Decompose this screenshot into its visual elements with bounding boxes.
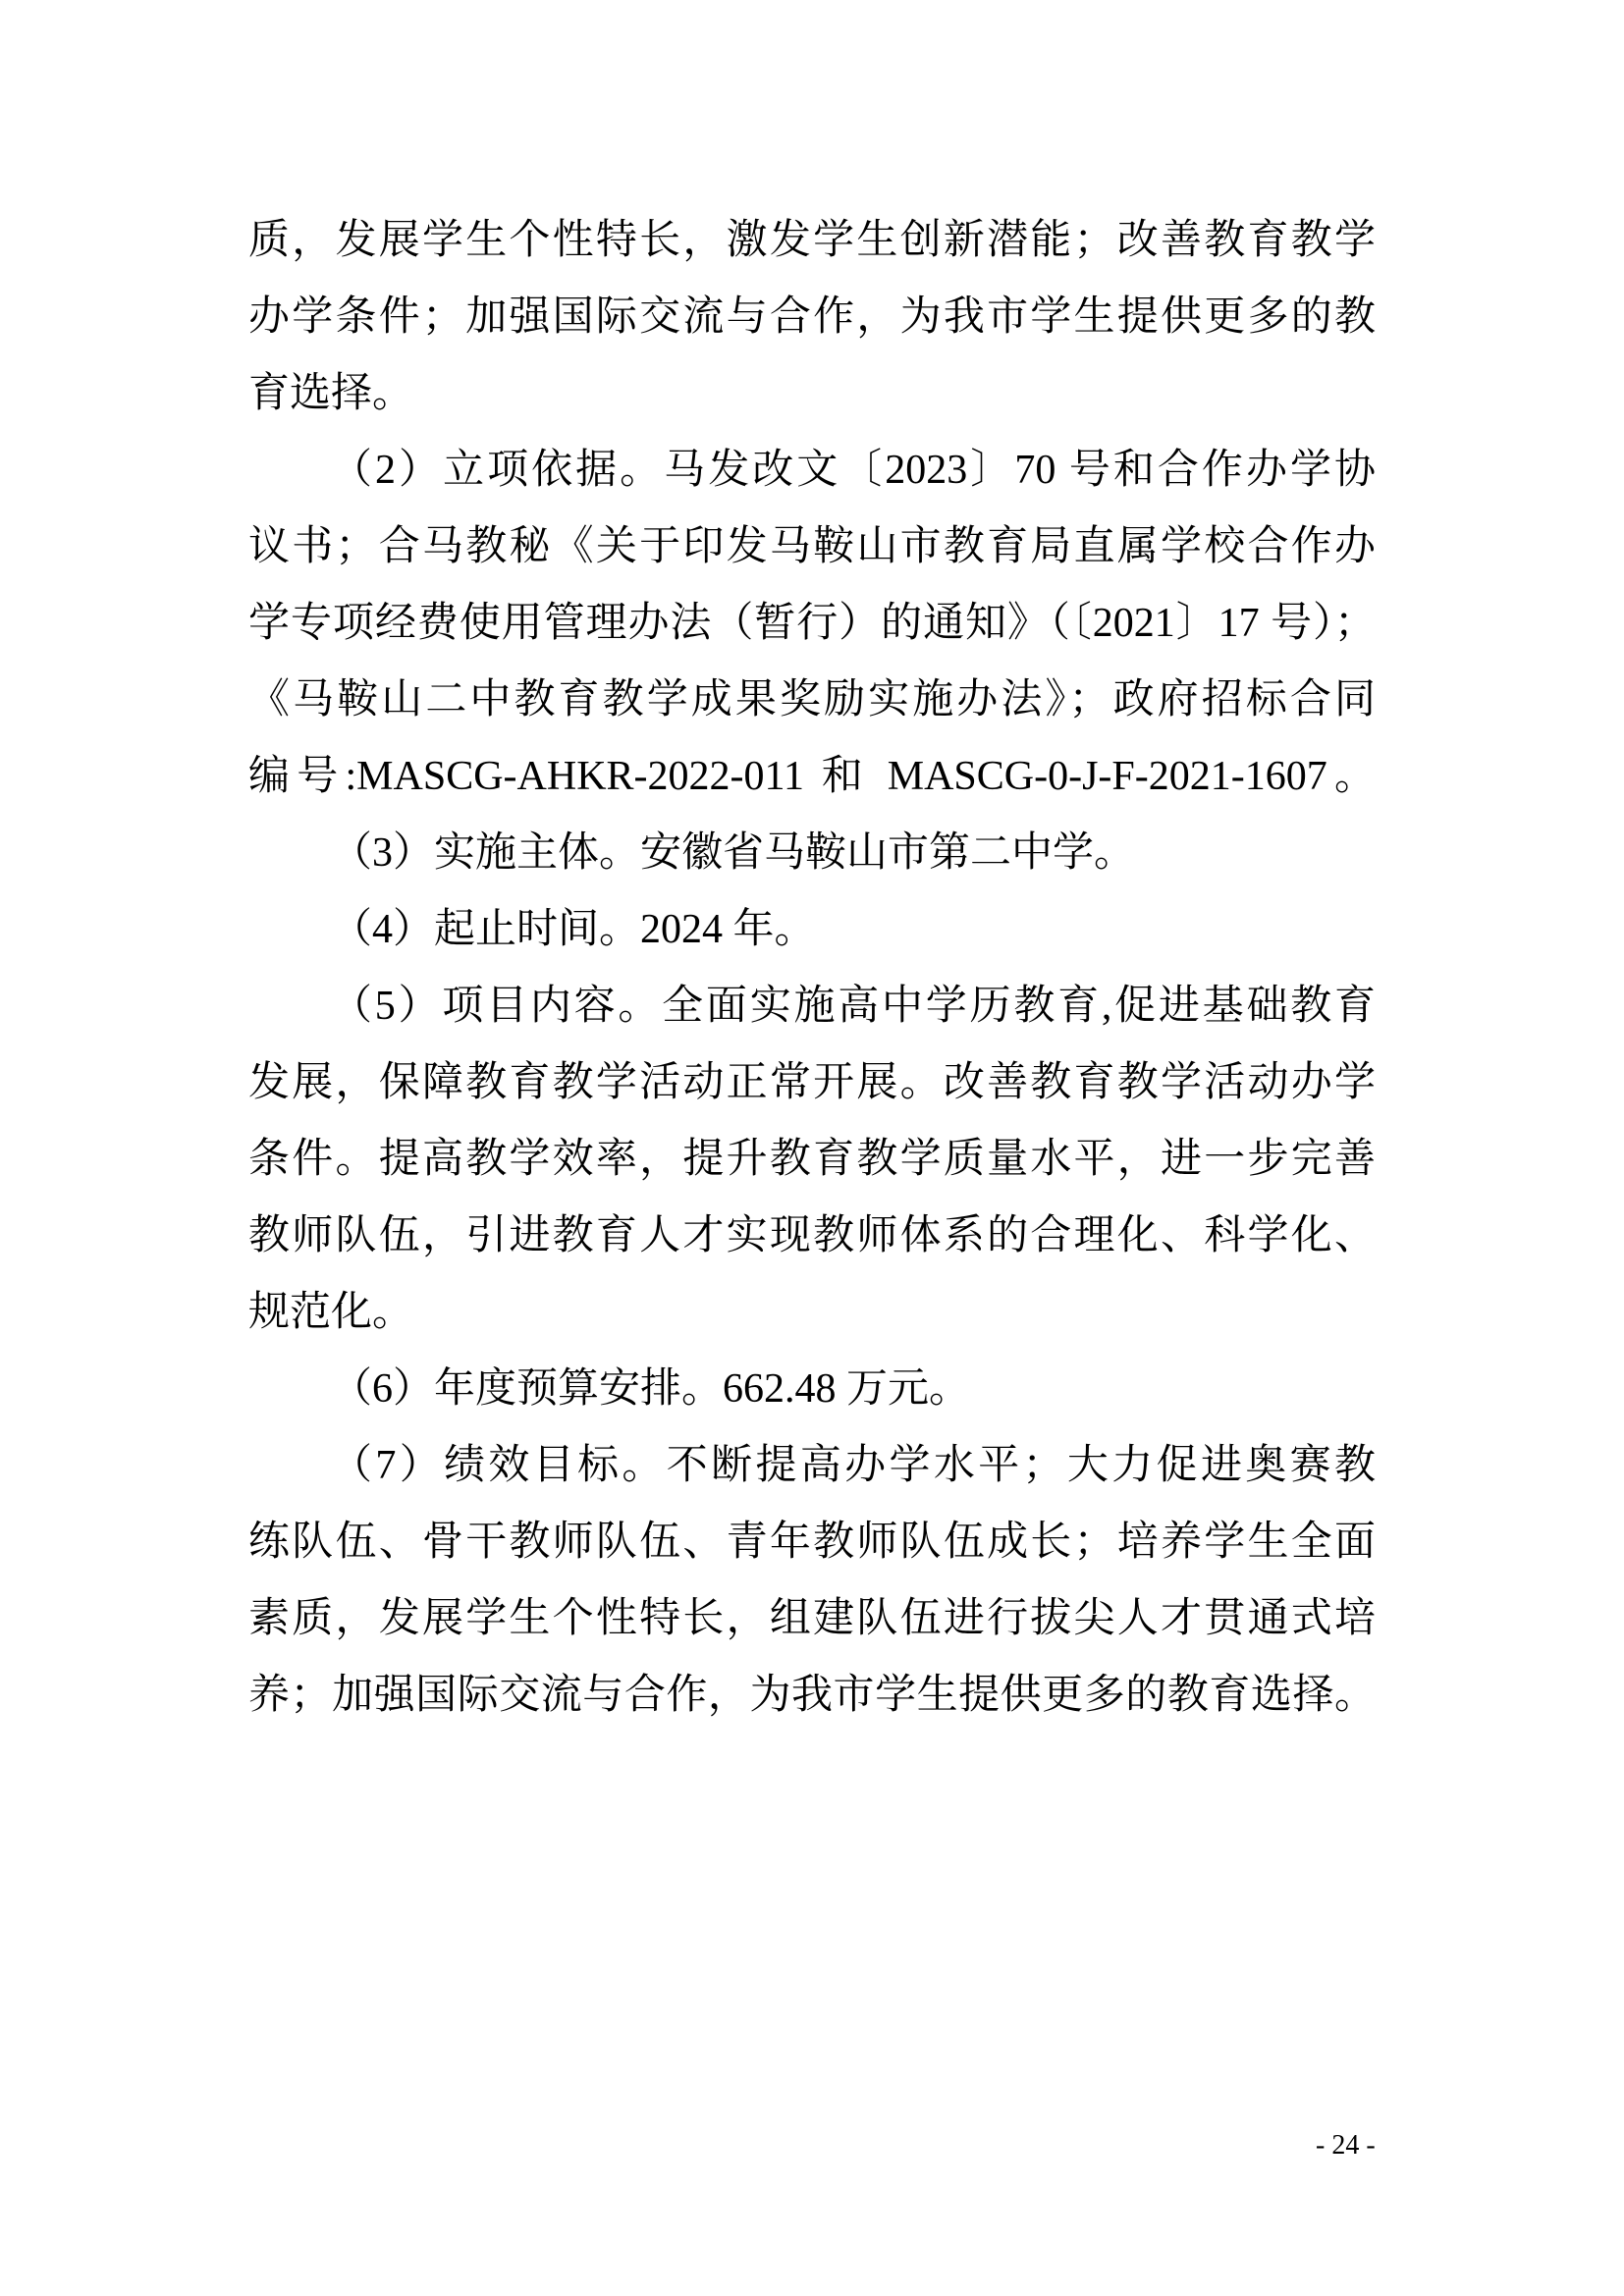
text-line: （6）年度预算安排。662.48 万元。 — [248, 1351, 1376, 1427]
text-line: （7）绩效目标。不断提高办学水平；大力促进奥赛教 — [248, 1427, 1376, 1504]
text-line: 练队伍、骨干教师队伍、青年教师队伍成长；培养学生全面 — [248, 1504, 1376, 1580]
text-line: 质，发展学生个性特长，激发学生创新潜能；改善教育教学 — [248, 202, 1376, 279]
text-line: （2）立项依据。马发改文〔2023〕70 号和合作办学协 — [248, 432, 1376, 508]
text-content: 质，发展学生个性特长，激发学生创新潜能；改善教育教学 办学条件；加强国际交流与合… — [248, 202, 1376, 1734]
text-line: 育选择。 — [248, 355, 1376, 432]
text-line: （4）起止时间。2024 年。 — [248, 891, 1376, 968]
text-line: 编号:MASCG-AHKR-2022-011 和 MASCG-0-J-F-202… — [248, 738, 1376, 815]
text-line: 养；加强国际交流与合作，为我市学生提供更多的教育选择。 — [248, 1657, 1376, 1734]
text-line: 教师队伍，引进教育人才实现教师体系的合理化、科学化、 — [248, 1198, 1376, 1274]
text-line: （5）项目内容。全面实施高中学历教育,促进基础教育 — [248, 968, 1376, 1044]
document-page: 质，发展学生个性特长，激发学生创新潜能；改善教育教学 办学条件；加强国际交流与合… — [0, 0, 1624, 2296]
text-line: 规范化。 — [248, 1274, 1376, 1351]
text-line: 《马鞍山二中教育教学成果奖励实施办法》；政府招标合同 — [248, 662, 1376, 738]
text-line: 办学条件；加强国际交流与合作，为我市学生提供更多的教 — [248, 279, 1376, 355]
text-line: （3）实施主体。安徽省马鞍山市第二中学。 — [248, 815, 1376, 891]
text-line: 素质，发展学生个性特长，组建队伍进行拔尖人才贯通式培 — [248, 1580, 1376, 1657]
text-line: 发展，保障教育教学活动正常开展。改善教育教学活动办学 — [248, 1044, 1376, 1121]
text-line: 条件。提高教学效率，提升教育教学质量水平，进一步完善 — [248, 1121, 1376, 1198]
page-number: - 24 - — [1316, 2124, 1453, 2167]
text-line: 学专项经费使用管理办法（暂行）的通知》（〔2021〕17 号）； — [248, 585, 1376, 662]
text-line: 议书；合马教秘《关于印发马鞍山市教育局直属学校合作办 — [248, 508, 1376, 585]
